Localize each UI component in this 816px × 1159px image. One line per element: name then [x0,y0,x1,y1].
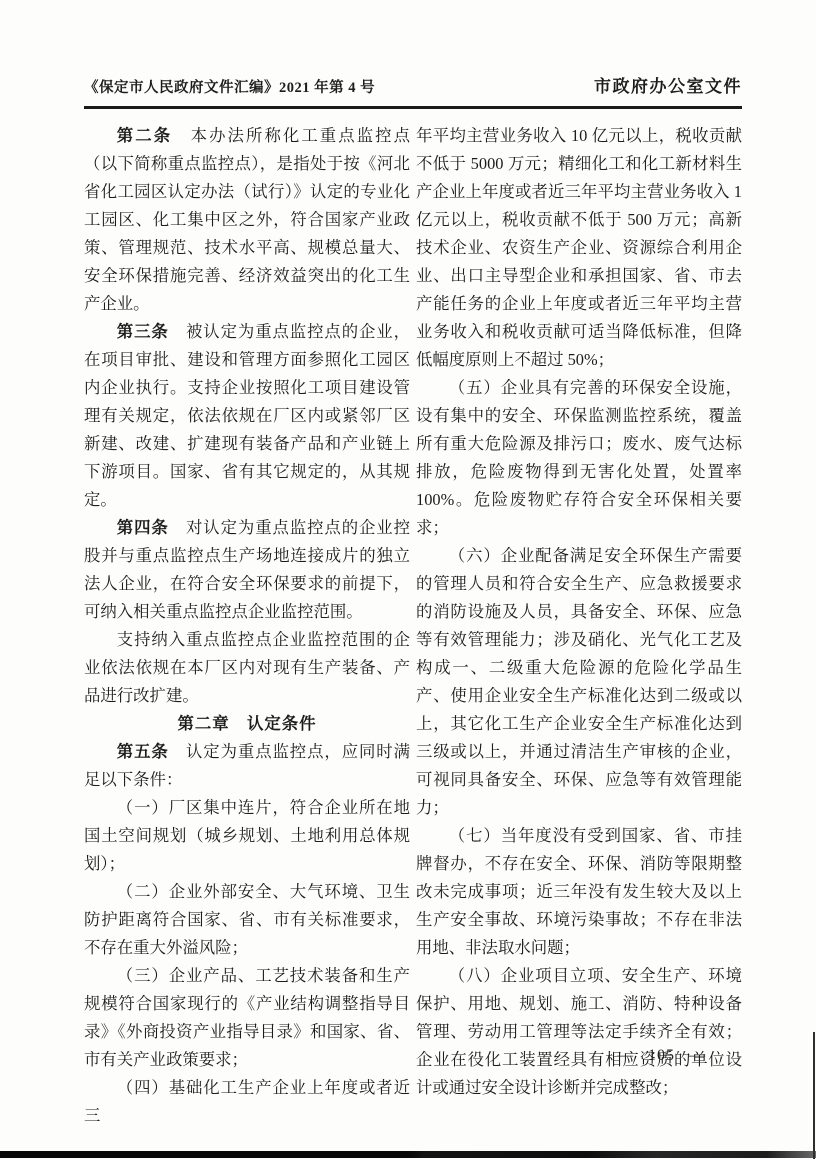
document-page: 《保定市人民政府文件汇编》2021 年第 4 号 市政府办公室文件 第二条 本办… [0,0,816,1159]
article-number: 第三条 [117,322,169,341]
scan-artifact-right-edge-line [813,1032,815,1159]
paragraph: 第二条 本办法所称化工重点监控点（以下简称重点监控点），是指处于按《河北省化工园… [84,122,410,318]
article-number: 第五条 [117,742,169,761]
paragraph: （四）基础化工生产企业上年度或者近三 [84,1074,410,1130]
paragraph: 第三条 被认定为重点监控点的企业，在项目审批、建设和管理方面参照化工园区内企业执… [84,318,410,514]
header-document-category: 市政府办公室文件 [594,72,742,97]
paragraph: 第五条 认定为重点监控点，应同时满足以下条件： [84,738,410,794]
paragraph: （七）当年度没有受到国家、省、市挂牌督办，不存在安全、环保、消防等限期整改未完成… [416,822,742,962]
paragraph: （二）企业外部安全、大气环境、卫生防护距离符合国家、省、市有关标准要求，不存在重… [84,878,410,962]
paragraph: （八）企业项目立项、安全生产、环境保护、用地、规划、施工、消防、特种设备管理、劳… [416,962,742,1102]
paragraph-text: 本办法所称化工重点监控点（以下简称重点监控点），是指处于按《河北省化工园区认定办… [84,126,410,313]
paragraph: 支持纳入重点监控点企业监控范围的企业依法依规在本厂区内对现有生产装备、产品进行改… [84,626,410,710]
paragraph-text: 被认定为重点监控点的企业，在项目审批、建设和管理方面参照化工园区内企业执行。支持… [84,322,410,509]
chapter-heading: 第二章 认定条件 [84,710,410,738]
paragraph: 年平均主营业务收入 10 亿元以上，税收贡献不低于 5000 万元；精细化工和化… [416,122,742,374]
article-number: 第二条 [117,126,172,145]
right-column: 年平均主营业务收入 10 亿元以上，税收贡献不低于 5000 万元；精细化工和化… [416,122,742,1130]
paragraph: （六）企业配备满足安全环保生产需要的管理人员和符合安全生产、应急救援要求的消防设… [416,542,742,822]
article-number: 第四条 [117,518,169,537]
scan-artifact-bottom-band [0,1151,816,1158]
page-header: 《保定市人民政府文件汇编》2021 年第 4 号 市政府办公室文件 [84,72,742,109]
paragraph: （一）厂区集中连片，符合企业所在地国土空间规划（城乡规划、土地利用总体规划）； [84,794,410,878]
paragraph: 第四条 对认定为重点监控点的企业控股并与重点监控点生产场地连接成片的独立法人企业… [84,514,410,626]
document-body: 第二条 本办法所称化工重点监控点（以下简称重点监控点），是指处于按《河北省化工园… [84,122,742,1130]
left-column: 第二条 本办法所称化工重点监控点（以下简称重点监控点），是指处于按《河北省化工园… [84,122,410,1130]
paragraph: （三）企业产品、工艺技术装备和生产规模符合国家现行的《产业结构调整指导目录》《外… [84,962,410,1074]
page-number: — 105 — [617,1047,706,1065]
paragraph: （五）企业具有完善的环保安全设施，设有集中的安全、环保监测监控系统，覆盖所有重大… [416,374,742,542]
header-compilation-title: 《保定市人民政府文件汇编》2021 年第 4 号 [84,76,375,97]
page-content: 《保定市人民政府文件汇编》2021 年第 4 号 市政府办公室文件 第二条 本办… [84,72,742,1130]
